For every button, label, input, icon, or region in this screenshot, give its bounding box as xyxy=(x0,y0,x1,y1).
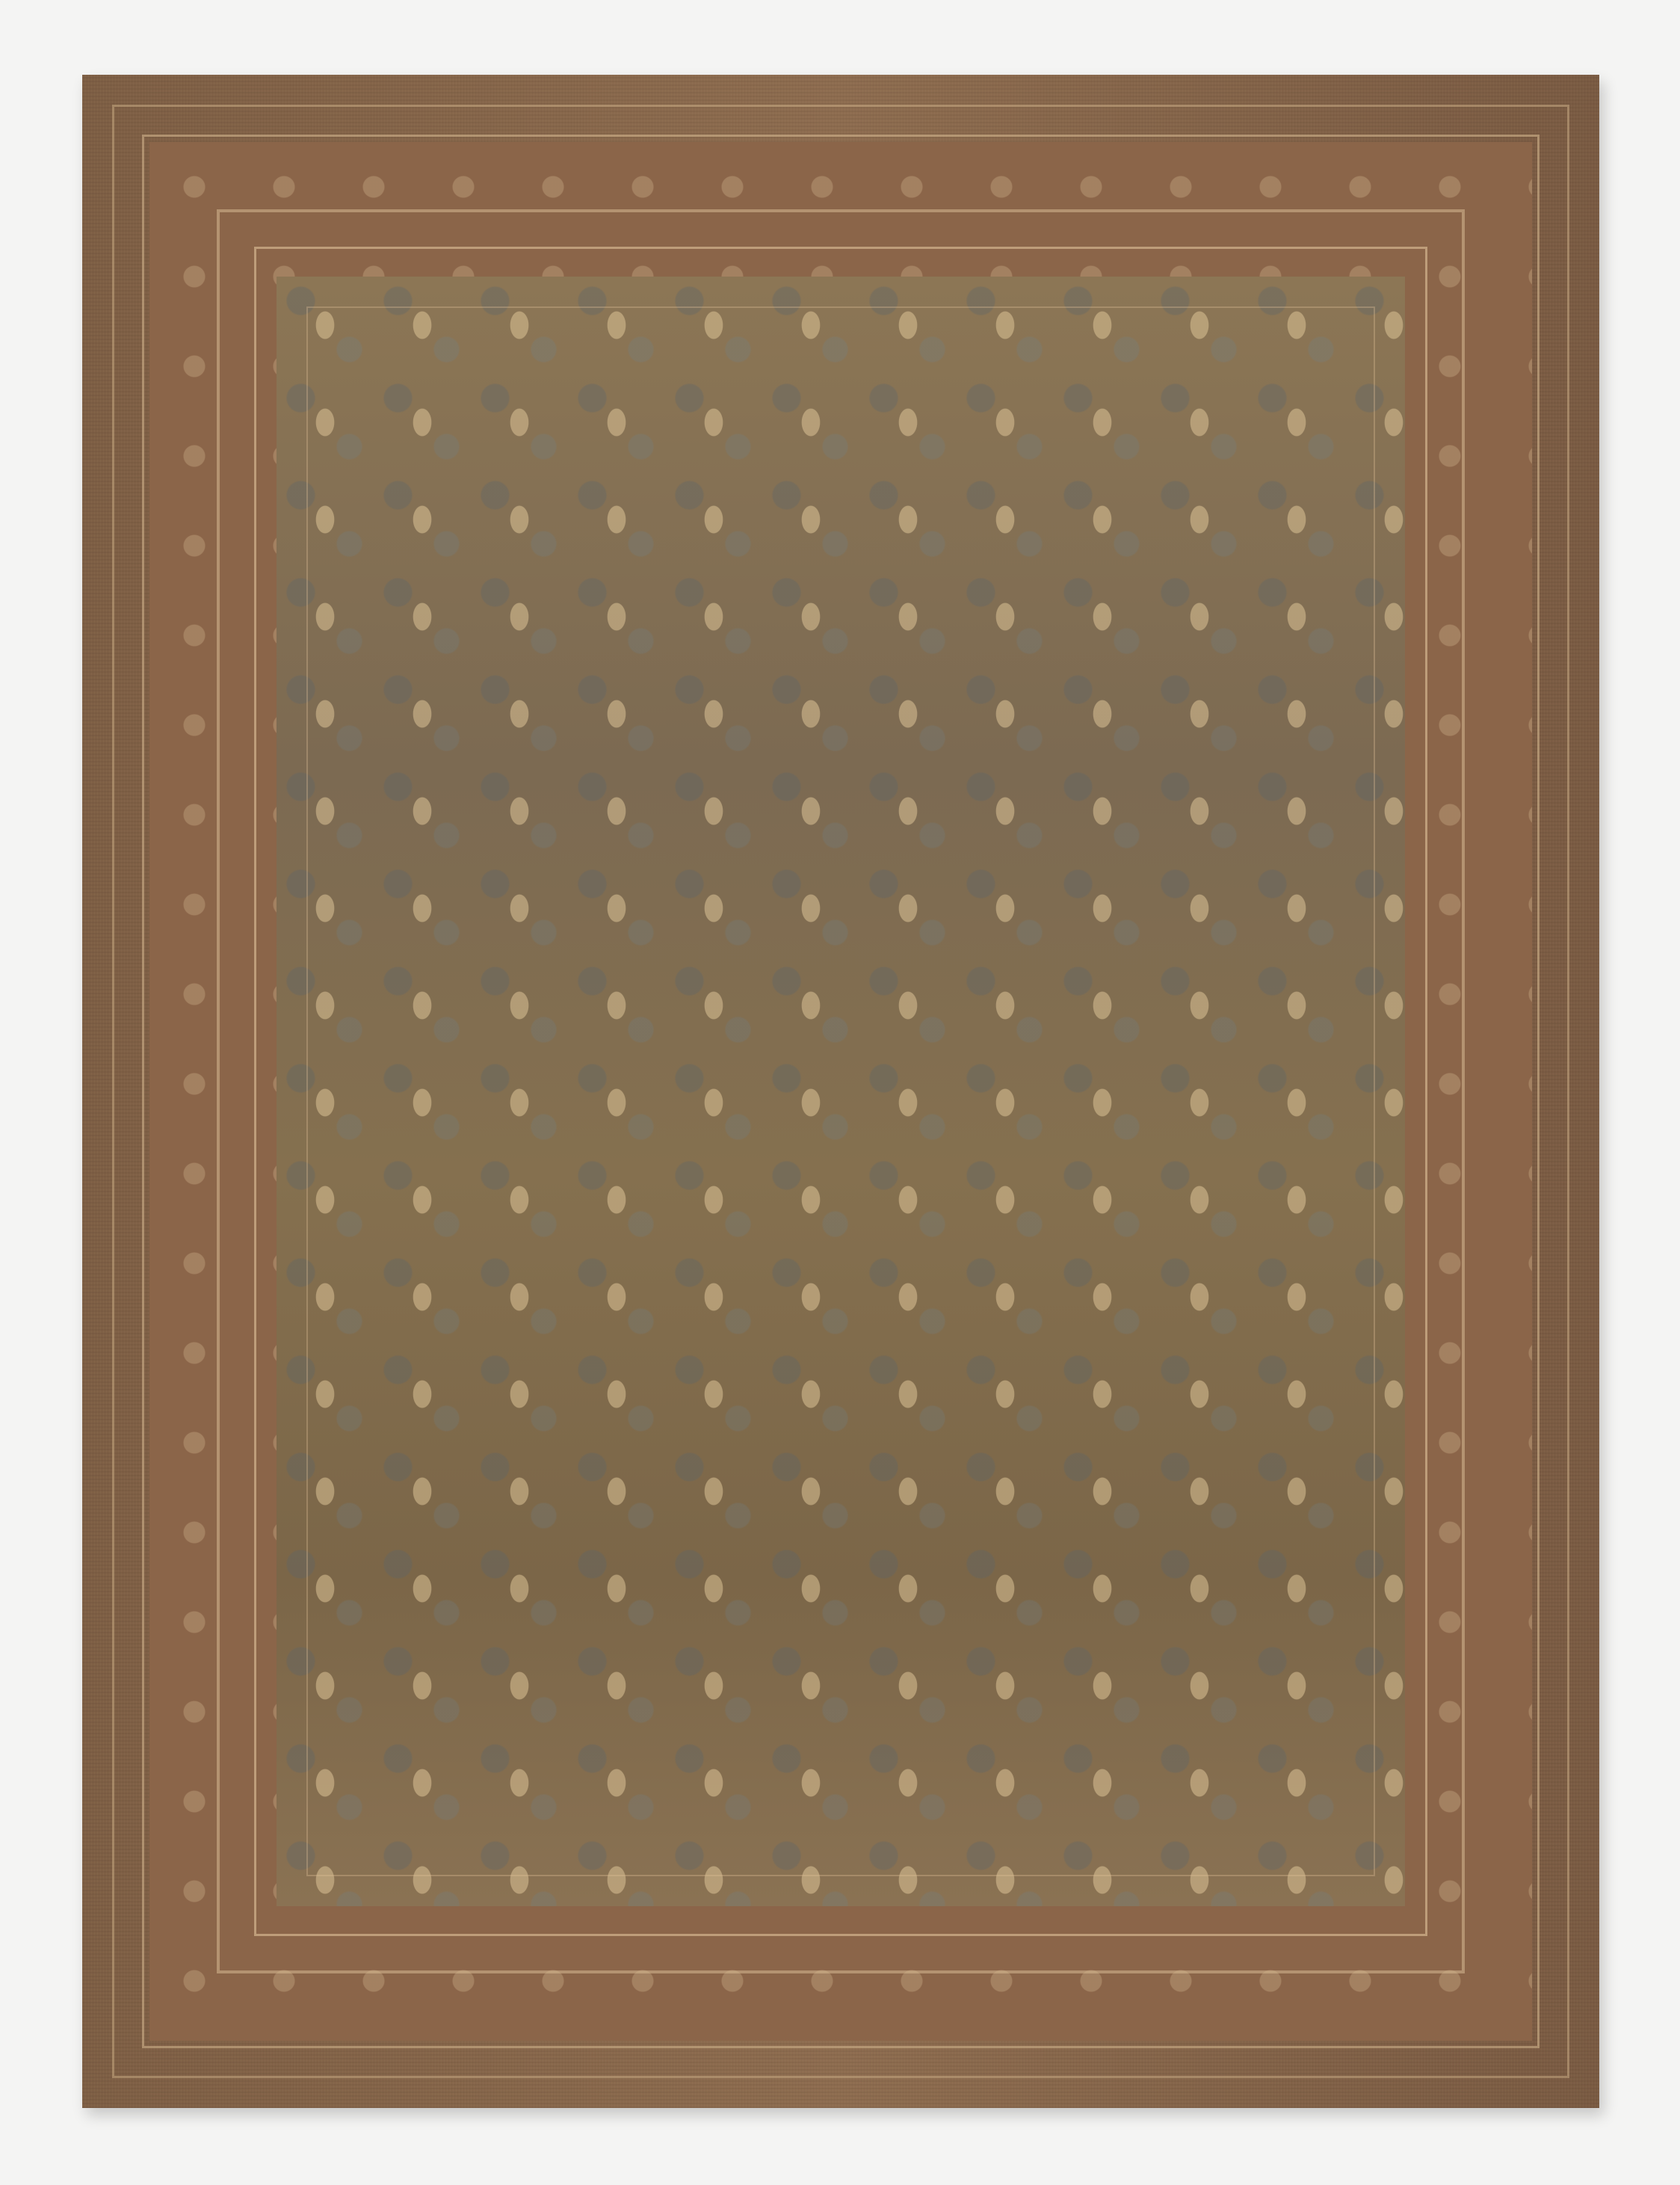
rug-field-pattern xyxy=(277,277,1405,1906)
rug xyxy=(82,75,1599,2108)
field-inner-frame xyxy=(306,306,1375,1876)
